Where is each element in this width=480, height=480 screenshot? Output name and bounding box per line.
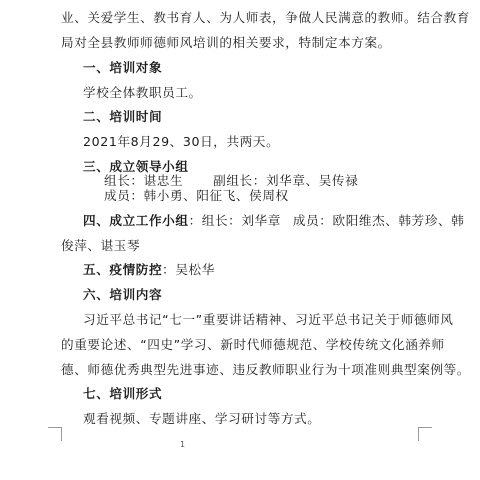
section-5-heading: 五、疫情防控: [83, 262, 162, 277]
intro-line-2: 局对全县教师师德师风培训的相关要求，特制定本方案。: [61, 35, 391, 51]
section-6-heading: 六、培训内容: [83, 287, 162, 303]
margin-corner-mark-right: [418, 427, 432, 441]
section-4-leader: ：组长：刘华章: [189, 213, 281, 228]
deputy-leader-text: 副组长：刘华章、吴传禄: [213, 173, 358, 188]
section-6-body-line-3: 德、师德优秀典型先进事迹、违反教师职业行为十项准则典型案例等。: [61, 362, 470, 378]
section-2-heading: 二、培训时间: [83, 109, 162, 125]
section-6-body-line-1: 习近平总书记“七一”重要讲话精神、习近平总书记关于师德师风: [83, 312, 453, 328]
section-6-body-line-2: 的重要论述、“四史”学习、新时代师德规范、学校传统文化涵养师: [61, 337, 445, 353]
intro-line-1: 业、关爱学生、教书育人、为人师表，争做人民满意的教师。结合教育: [61, 10, 470, 26]
section-7-heading: 七、培训形式: [83, 386, 162, 402]
section-3-leaders: 组长：谌忠生副组长：刘华章、吴传禄: [104, 173, 358, 189]
section-4-continuation: 俊萍、谌玉琴: [61, 238, 140, 254]
leader-text: 组长：谌忠生: [104, 173, 183, 188]
section-5-line: 五、疫情防控：吴松华: [83, 262, 215, 278]
section-4-line: 四、成立工作小组：组长：刘华章成员：欧阳维杰、韩芳珍、韩: [83, 213, 464, 229]
section-4-members: 成员：欧阳维杰、韩芳珍、韩: [293, 213, 465, 228]
section-4-heading: 四、成立工作小组: [83, 213, 189, 228]
section-7-body: 观看视频、专题讲座、学习研讨等方式。: [83, 411, 321, 427]
section-1-body: 学校全体教职员工。: [83, 85, 202, 101]
document-page: 业、关爱学生、教书育人、为人师表，争做人民满意的教师。结合教育 局对全县教师师德…: [0, 0, 480, 480]
section-2-body: 2021年8月29、30日，共两天。: [83, 134, 279, 150]
page-number: 1: [180, 440, 185, 450]
margin-corner-mark-left: [48, 427, 62, 441]
section-1-heading: 一、培训对象: [83, 60, 162, 76]
section-5-person: ：吴松华: [162, 262, 215, 277]
section-3-members: 成员：韩小勇、阳征飞、侯周权: [104, 188, 289, 204]
